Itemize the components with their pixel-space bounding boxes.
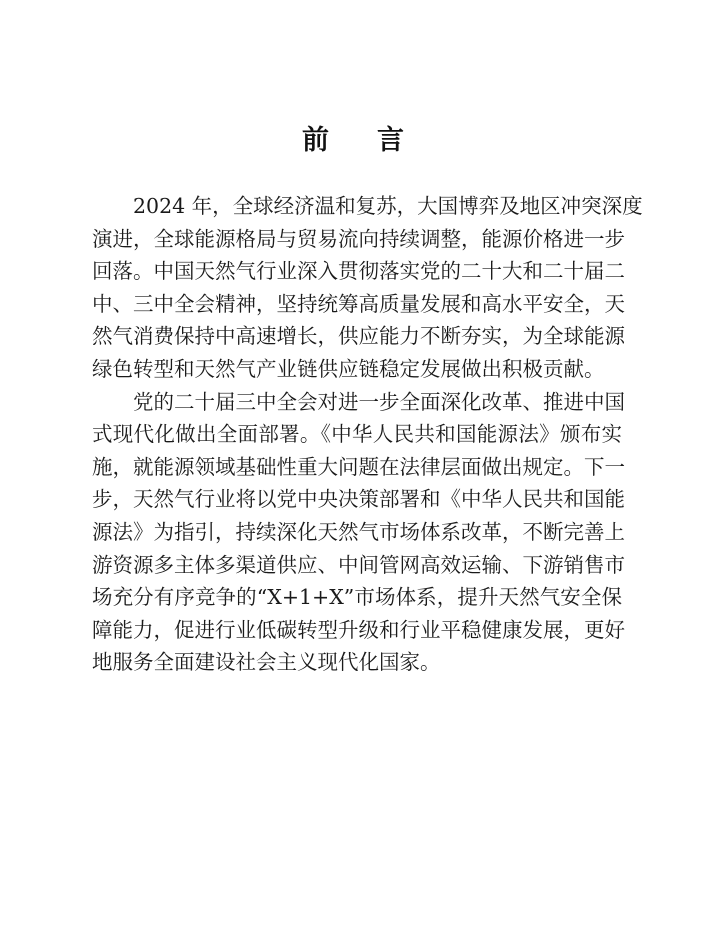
text-line: 2024 年，全球经济温和复苏，大国博弈及地区冲突深度: [92, 190, 622, 223]
text-line: 式现代化做出全面部署。《中华人民共和国能源法》颁布实: [92, 418, 622, 451]
text-line: 演进，全球能源格局与贸易流向持续调整，能源价格进一步: [92, 223, 622, 256]
text-line: 绿色转型和天然气产业链供应链稳定发展做出积极贡献。: [92, 353, 622, 386]
text-line: 中、三中全会精神，坚持统筹高质量发展和高水平安全，天: [92, 288, 622, 321]
title-char-1: 前: [302, 118, 329, 157]
title-char-2: 言: [377, 118, 404, 157]
paragraph-1: 2024 年，全球经济温和复苏，大国博弈及地区冲突深度 演进，全球能源格局与贸易…: [92, 190, 622, 386]
text-line: 场充分有序竞争的“X+1+X”市场体系，提升天然气安全保: [92, 581, 622, 614]
text-line: 障能力，促进行业低碳转型升级和行业平稳健康发展，更好: [92, 614, 622, 647]
preface-body: 2024 年，全球经济温和复苏，大国博弈及地区冲突深度 演进，全球能源格局与贸易…: [92, 190, 622, 679]
text-line: 源法》为指引，持续深化天然气市场体系改革，不断完善上: [92, 516, 622, 549]
text-line: 党的二十届三中全会对进一步全面深化改革、推进中国: [92, 386, 622, 419]
text-line: 回落。中国天然气行业深入贯彻落实党的二十大和二十届二: [92, 255, 622, 288]
text-line: 游资源多主体多渠道供应、中间管网高效运输、下游销售市: [92, 549, 622, 582]
paragraph-2: 党的二十届三中全会对进一步全面深化改革、推进中国 式现代化做出全面部署。《中华人…: [92, 386, 622, 679]
document-page: 前言 2024 年，全球经济温和复苏，大国博弈及地区冲突深度 演进，全球能源格局…: [0, 0, 706, 934]
text-line: 地服务全面建设社会主义现代化国家。: [92, 646, 622, 679]
text-line: 施，就能源领域基础性重大问题在法律层面做出规定。下一: [92, 451, 622, 484]
page-title: 前言: [0, 118, 706, 157]
text-line: 步，天然气行业将以党中央决策部署和《中华人民共和国能: [92, 483, 622, 516]
text-line: 然气消费保持中高速增长，供应能力不断夯实，为全球能源: [92, 320, 622, 353]
